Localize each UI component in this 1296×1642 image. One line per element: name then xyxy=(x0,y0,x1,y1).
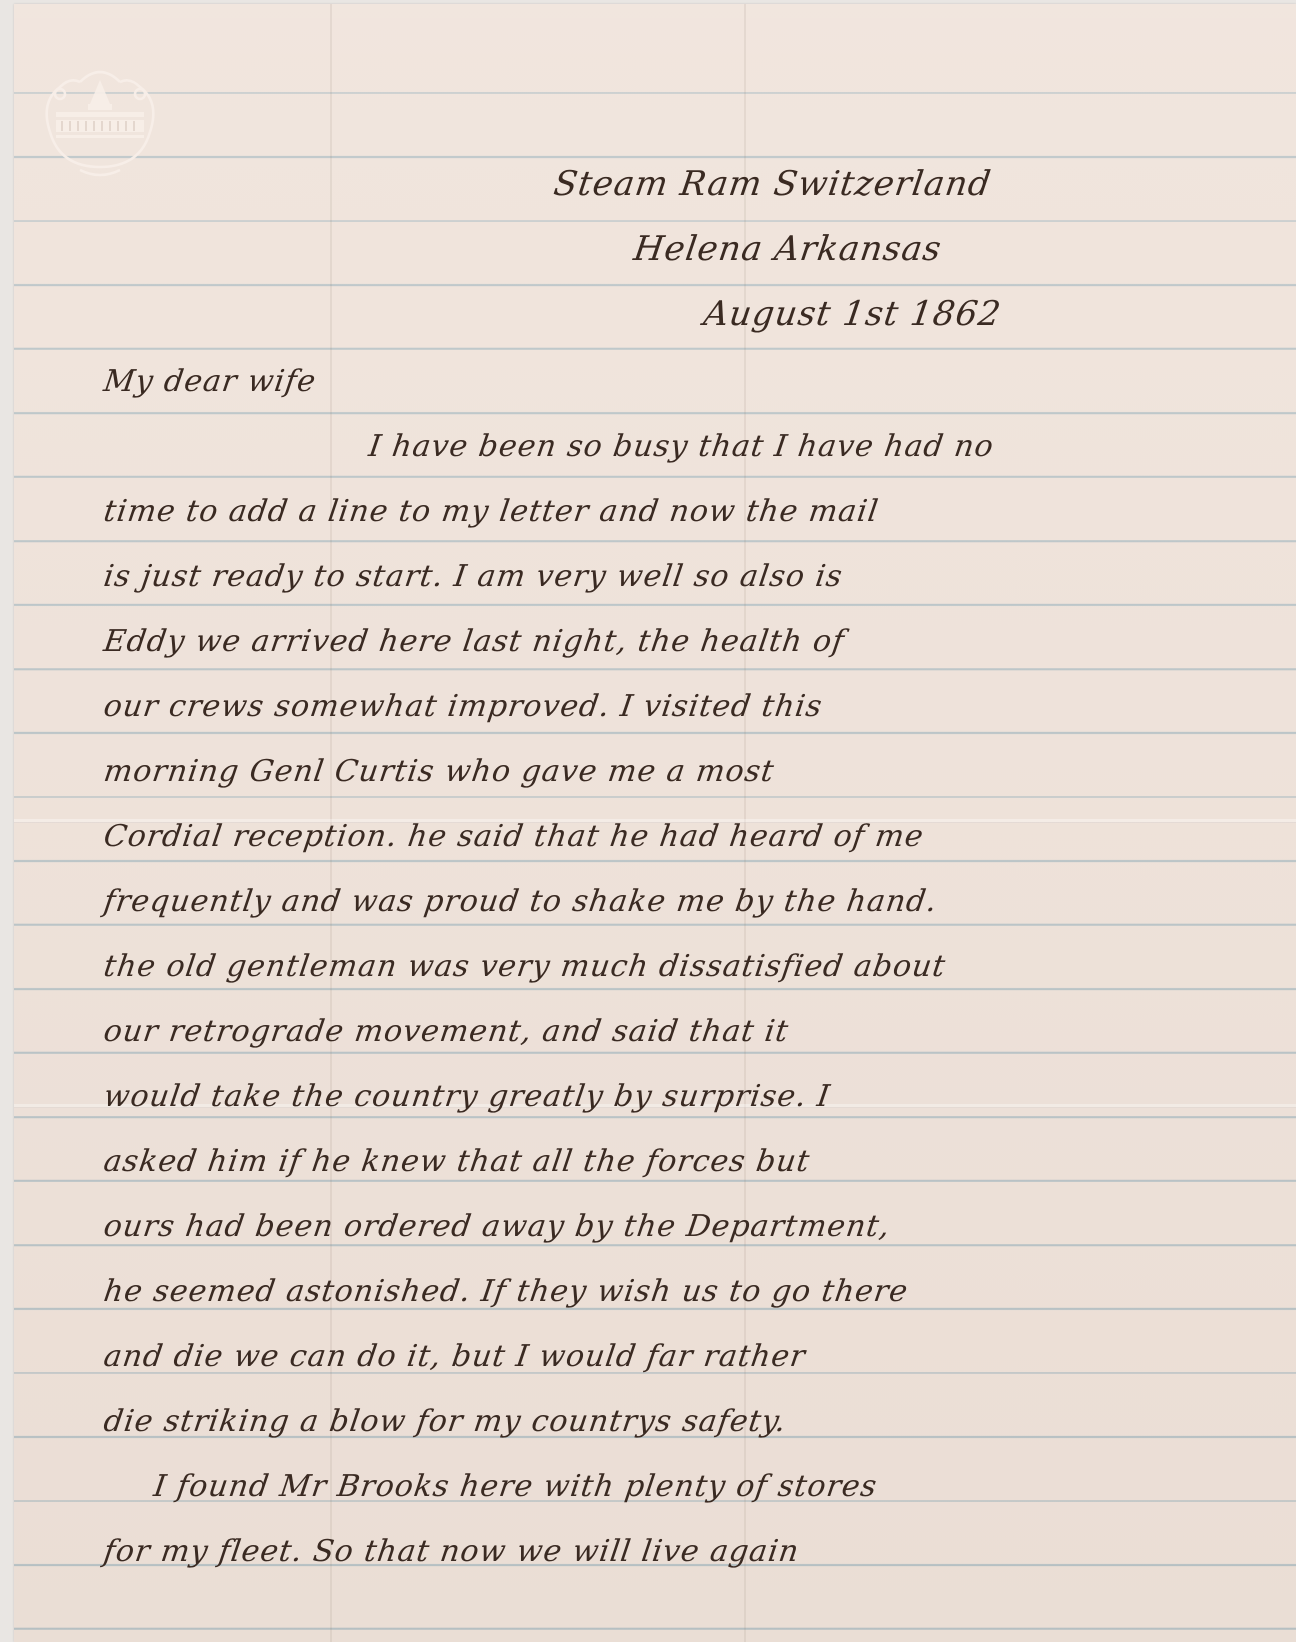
body-line: is just ready to start. I am very well s… xyxy=(102,559,846,594)
body-line: and die we can do it, but I would far ra… xyxy=(102,1339,808,1374)
body-line: our retrograde movement, and said that i… xyxy=(102,1014,792,1049)
body-line: the old gentleman was very much dissatis… xyxy=(102,949,949,984)
heading-place-city: Helena Arkansas xyxy=(631,229,944,269)
heading-date: August 1st 1862 xyxy=(701,294,1004,334)
body-line: our crews somewhat improved. I visited t… xyxy=(102,689,825,724)
body-line: frequently and was proud to shake me by … xyxy=(102,884,940,919)
letter-sheet: Steam Ram Switzerland Helena Arkansas Au… xyxy=(14,4,1296,1642)
body-line: morning Genl Curtis who gave me a most xyxy=(102,754,777,789)
body-line: ours had been ordered away by the Depart… xyxy=(102,1209,893,1244)
capitol-seal-icon xyxy=(30,42,170,182)
heading-place-vessel: Steam Ram Switzerland xyxy=(551,164,994,204)
body-line: for my fleet. So that now we will live a… xyxy=(102,1534,802,1569)
body-line: would take the country greatly by surpri… xyxy=(102,1079,833,1114)
body-line: he seemed astonished. If they wish us to… xyxy=(102,1274,911,1309)
salutation: My dear wife xyxy=(102,364,319,399)
body-line: Cordial reception. he said that he had h… xyxy=(102,819,927,854)
body-line: time to add a line to my letter and now … xyxy=(102,494,881,529)
body-line: I have been so busy that I have had no xyxy=(367,429,997,464)
body-line: I found Mr Brooks here with plenty of st… xyxy=(152,1469,880,1504)
body-line: asked him if he knew that all the forces… xyxy=(102,1144,813,1179)
body-line: die striking a blow for my countrys safe… xyxy=(102,1404,789,1439)
body-line: Eddy we arrived here last night, the hea… xyxy=(102,624,847,659)
